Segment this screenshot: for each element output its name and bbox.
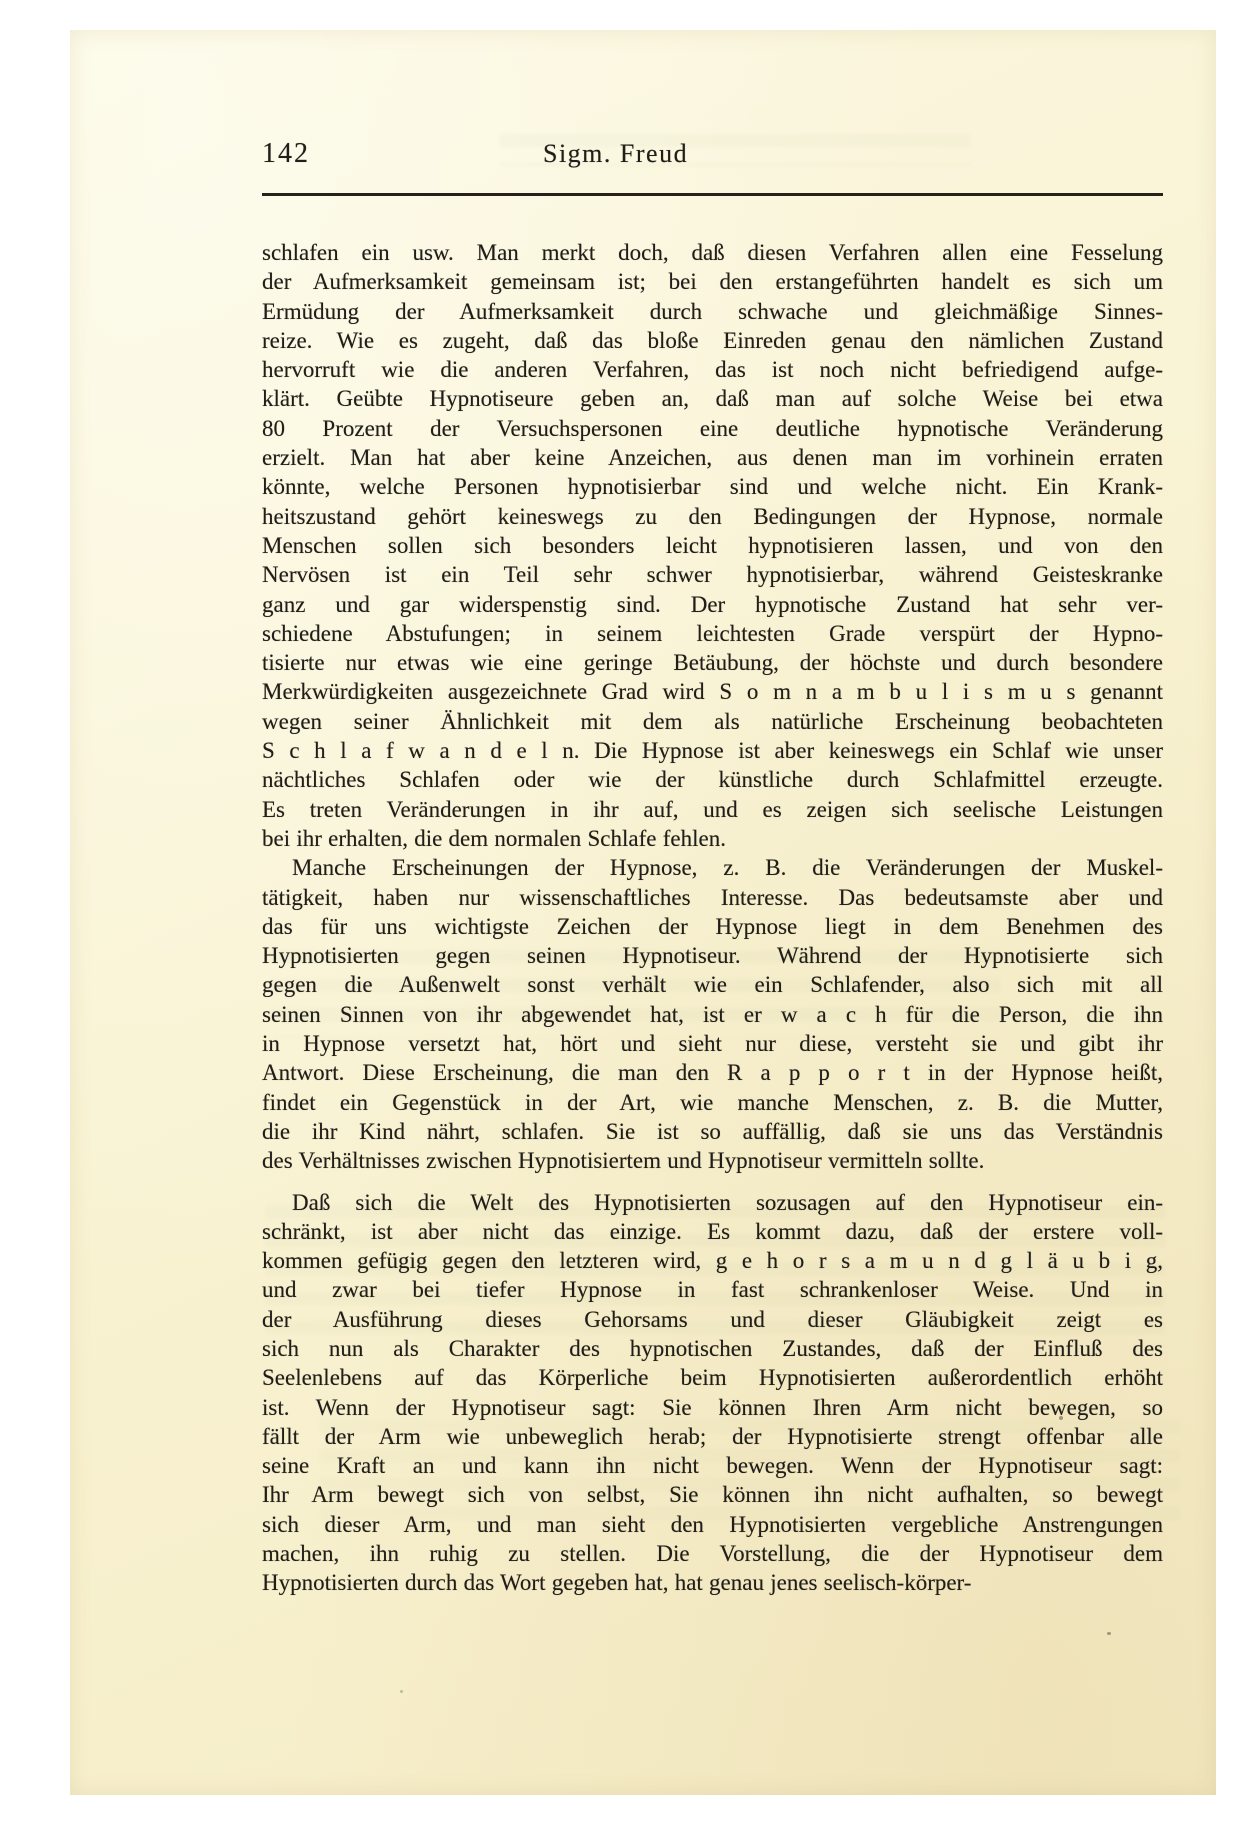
page-header: 142 Sigm. Freud bbox=[262, 136, 1163, 172]
running-header: Sigm. Freud bbox=[543, 136, 688, 172]
text-line: der Ausführung dieses Gehorsams und dies… bbox=[262, 1305, 1163, 1334]
paragraph: Manche Erscheinungen der Hypnose, z. B. … bbox=[262, 853, 1163, 1175]
text-line: Es treten Veränderungen in ihr auf, und … bbox=[262, 795, 1163, 824]
text-line: seinen Sinnen von ihr abgewendet hat, is… bbox=[262, 1000, 1163, 1029]
text-line: erzielt. Man hat aber keine Anzeichen, a… bbox=[262, 443, 1163, 472]
text-line: das für uns wichtigste Zeichen der Hypno… bbox=[262, 912, 1163, 941]
scanned-page-background: 142 Sigm. Freud schlafen ein usw. Man me… bbox=[0, 0, 1256, 1835]
text-line: sich nun als Charakter des hypnotischen … bbox=[262, 1334, 1163, 1363]
text-line: schiedene Abstufungen; in seinem leichte… bbox=[262, 619, 1163, 648]
text-line: reize. Wie es zugeht, daß das bloße Einr… bbox=[262, 326, 1163, 355]
text-line: Ermüdung der Aufmerksamkeit durch schwac… bbox=[262, 297, 1163, 326]
text-line: Seelenlebens auf das Körperliche beim Hy… bbox=[262, 1363, 1163, 1392]
text-line: Ihr Arm bewegt sich von selbst, Sie könn… bbox=[262, 1480, 1163, 1509]
text-line: Menschen sollen sich besonders leicht hy… bbox=[262, 531, 1163, 560]
text-line: Nervösen ist ein Teil sehr schwer hypnot… bbox=[262, 560, 1163, 589]
text-line: und zwar bei tiefer Hypnose in fast schr… bbox=[262, 1275, 1163, 1304]
paragraph: Daß sich die Welt des Hypnotisierten soz… bbox=[262, 1188, 1163, 1598]
text-line: könnte, welche Personen hypnotisierbar s… bbox=[262, 472, 1163, 501]
text-line: findet ein Gegenstück in der Art, wie ma… bbox=[262, 1088, 1163, 1117]
text-line: hervorruft wie die anderen Verfahren, da… bbox=[262, 355, 1163, 384]
text-line: ganz und gar widerspenstig sind. Der hyp… bbox=[262, 590, 1163, 619]
text-line: nächtliches Schlafen oder wie der künstl… bbox=[262, 765, 1163, 794]
text-line: fällt der Arm wie unbeweglich herab; der… bbox=[262, 1422, 1163, 1451]
text-line: Manche Erscheinungen der Hypnose, z. B. … bbox=[262, 853, 1163, 882]
text-line: der Aufmerksamkeit gemeinsam ist; bei de… bbox=[262, 267, 1163, 296]
text-line: Hypnotisierten gegen seinen Hypnotiseur.… bbox=[262, 941, 1163, 970]
text-line: heitszustand gehört keineswegs zu den Be… bbox=[262, 502, 1163, 531]
book-page: 142 Sigm. Freud schlafen ein usw. Man me… bbox=[70, 30, 1216, 1795]
text-line: gegen die Außenwelt sonst verhält wie ei… bbox=[262, 970, 1163, 999]
text-line: 80 Prozent der Versuchspersonen eine deu… bbox=[262, 414, 1163, 443]
header-rule bbox=[262, 193, 1163, 196]
text-line: S c h l a f w a n d e l n. Die Hypnose i… bbox=[262, 736, 1163, 765]
text-line: Merkwürdigkeiten ausgezeichnete Grad wir… bbox=[262, 677, 1163, 706]
text-line: ist. Wenn der Hypnotiseur sagt: Sie könn… bbox=[262, 1393, 1163, 1422]
text-line: bei ihr erhalten, die dem normalen Schla… bbox=[262, 824, 1163, 853]
text-line: schränkt, ist aber nicht das einzige. Es… bbox=[262, 1217, 1163, 1246]
paper-speck bbox=[400, 1690, 403, 1693]
text-line: kommen gefügig gegen den letzteren wird,… bbox=[262, 1246, 1163, 1275]
text-line: sich dieser Arm, und man sieht den Hypno… bbox=[262, 1510, 1163, 1539]
page-number: 142 bbox=[262, 136, 310, 172]
text-line: die ihr Kind nährt, schlafen. Sie ist so… bbox=[262, 1117, 1163, 1146]
page-body: schlafen ein usw. Man merkt doch, daß di… bbox=[262, 238, 1163, 1598]
text-line: tätigkeit, haben nur wissenschaftliches … bbox=[262, 883, 1163, 912]
text-line: wegen seiner Ähnlichkeit mit dem als nat… bbox=[262, 707, 1163, 736]
text-line: machen, ihn ruhig zu stellen. Die Vorste… bbox=[262, 1539, 1163, 1568]
text-line: tisierte nur etwas wie eine geringe Betä… bbox=[262, 648, 1163, 677]
text-line: seine Kraft an und kann ihn nicht bewege… bbox=[262, 1451, 1163, 1480]
paper-speck bbox=[1107, 1632, 1111, 1635]
text-line: des Verhältnisses zwischen Hypnotisierte… bbox=[262, 1146, 1163, 1175]
text-line: Antwort. Diese Erscheinung, die man den … bbox=[262, 1058, 1163, 1087]
text-block: 142 Sigm. Freud schlafen ein usw. Man me… bbox=[262, 30, 1163, 1598]
text-line: Daß sich die Welt des Hypnotisierten soz… bbox=[262, 1188, 1163, 1217]
text-line: schlafen ein usw. Man merkt doch, daß di… bbox=[262, 238, 1163, 267]
text-line: klärt. Geübte Hypnotiseure geben an, daß… bbox=[262, 384, 1163, 413]
text-line: Hypnotisierten durch das Wort gegeben ha… bbox=[262, 1568, 1163, 1597]
paragraph: schlafen ein usw. Man merkt doch, daß di… bbox=[262, 238, 1163, 853]
text-line: in Hypnose versetzt hat, hört und sieht … bbox=[262, 1029, 1163, 1058]
